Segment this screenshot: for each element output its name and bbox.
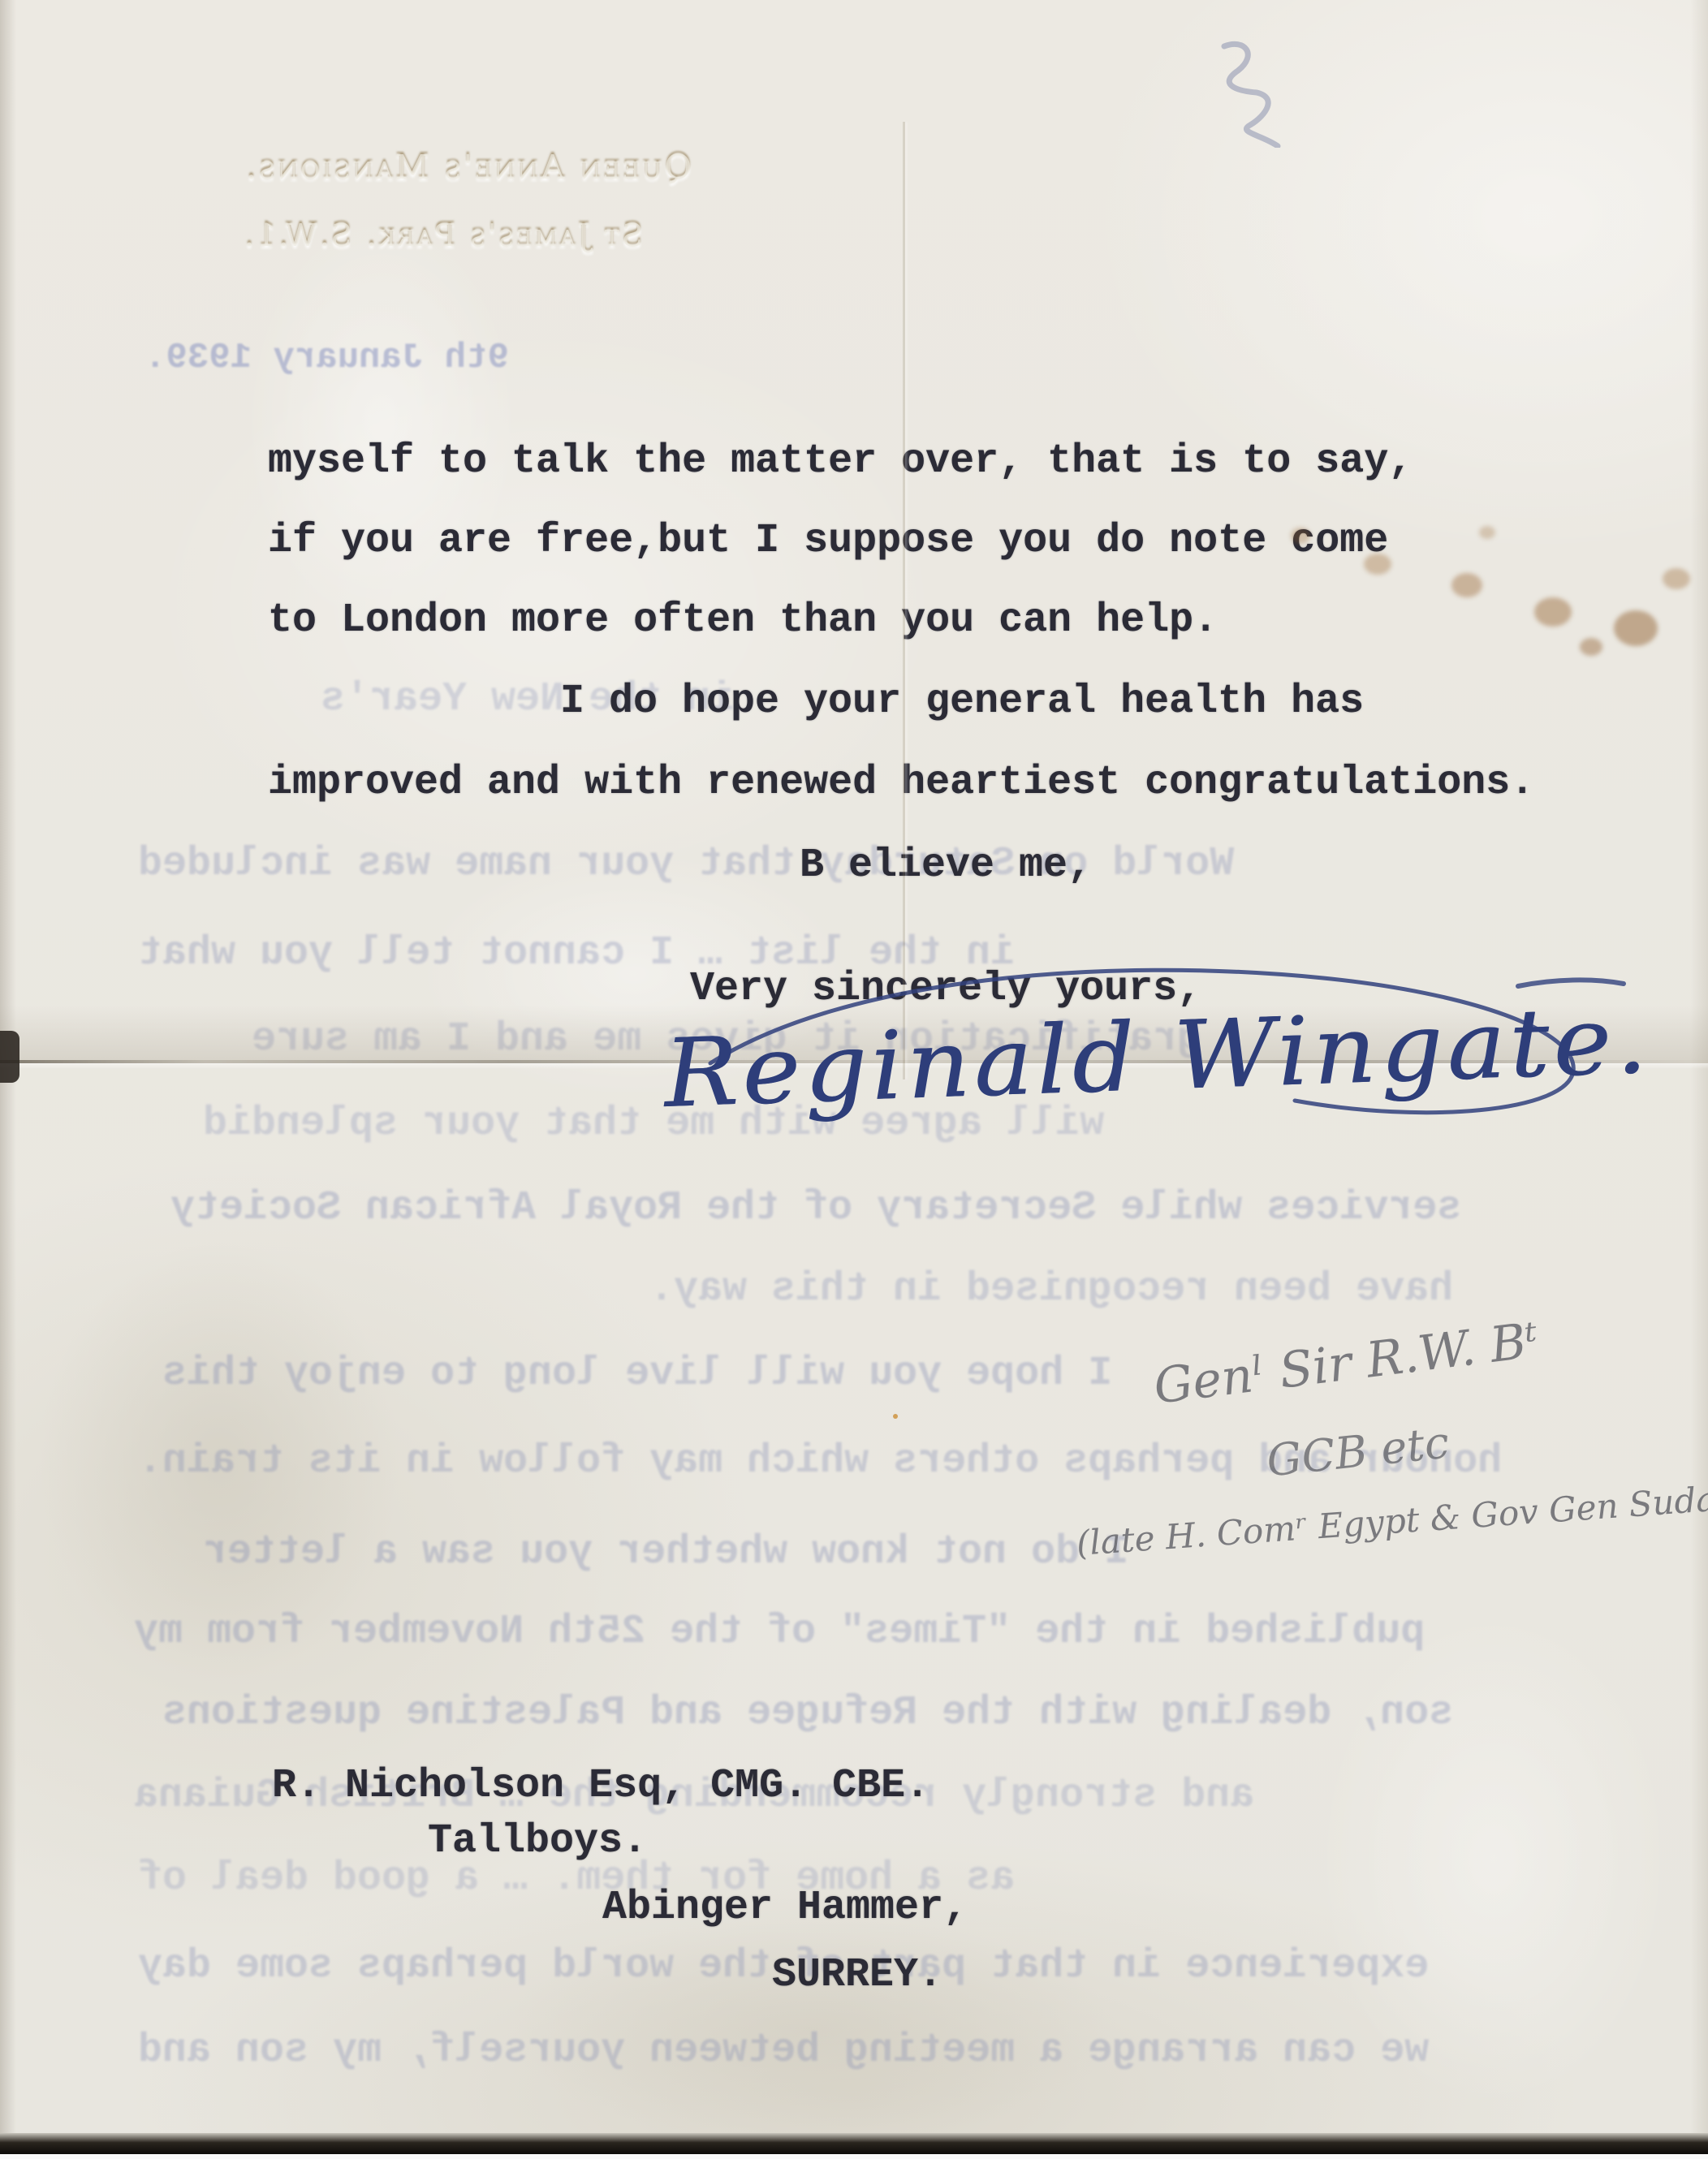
- signature: Reginald Wingate.: [568, 942, 1672, 1193]
- typed-body-line: if you are free,but I suppose you do not…: [268, 518, 1388, 564]
- closing-believe-me: B elieve me,: [800, 842, 1092, 889]
- recipient-address-line: Tallboys.: [428, 1818, 647, 1864]
- recipient-address-line: R. Nicholson Esq, CMG. CBE.: [272, 1763, 929, 1809]
- bleedthrough-line: published in the "Times" of the 25th Nov…: [134, 1609, 1425, 1655]
- fold-crease-vertical: [903, 122, 905, 1079]
- pencil-annotation-line1: Genˡ Sir R.W. Bᵗ: [1151, 1312, 1542, 1416]
- paper-wrinkle: [244, 211, 520, 633]
- typed-body-line: improved and with renewed heartiest cong…: [268, 760, 1534, 806]
- recipient-address-line: SURREY.: [772, 1952, 942, 1998]
- embossed-letterhead-line1: Queen Anne's Mansions.: [244, 148, 692, 187]
- bleedthrough-line: I do not know whether you saw a letter: [203, 1529, 1128, 1575]
- scanned-letter-page: Queen Anne's Mansions. St James's Park. …: [0, 0, 1708, 2159]
- typed-body-line: I do hope your general health has: [560, 679, 1364, 725]
- scan-edge-right: [1690, 0, 1708, 2159]
- recipient-address-line: Abinger Hammer,: [602, 1885, 968, 1931]
- date-bleedthrough: 9th January 1939.: [144, 338, 509, 378]
- pencil-squiggle: [1200, 34, 1313, 148]
- bleedthrough-line: we can arrange a meeting between yoursel…: [138, 2028, 1429, 2074]
- bleedthrough-line: I hope you will live long to enjoy this: [162, 1351, 1112, 1397]
- fold-edge-notch: [0, 1031, 19, 1083]
- pencil-annotation-line3: (late H. Comʳ Egypt & Gov Gen Sudan): [1075, 1476, 1708, 1563]
- scan-edge-bottom: [0, 2133, 1708, 2154]
- scan-edge-bottom-white: [0, 2154, 1708, 2159]
- bleedthrough-line: have been recognised in this way.: [649, 1266, 1453, 1312]
- bleedthrough-line: son, dealing with the Refugee and Palest…: [162, 1690, 1453, 1736]
- rust-stain: [1266, 479, 1708, 682]
- paper-speck: [893, 1414, 898, 1419]
- embossed-letterhead-line2: St James's Park. S.W.1.: [242, 218, 643, 253]
- typed-body-line: myself to talk the matter over, that is …: [268, 438, 1413, 485]
- typed-body-line: to London more often than you can help.: [268, 597, 1218, 644]
